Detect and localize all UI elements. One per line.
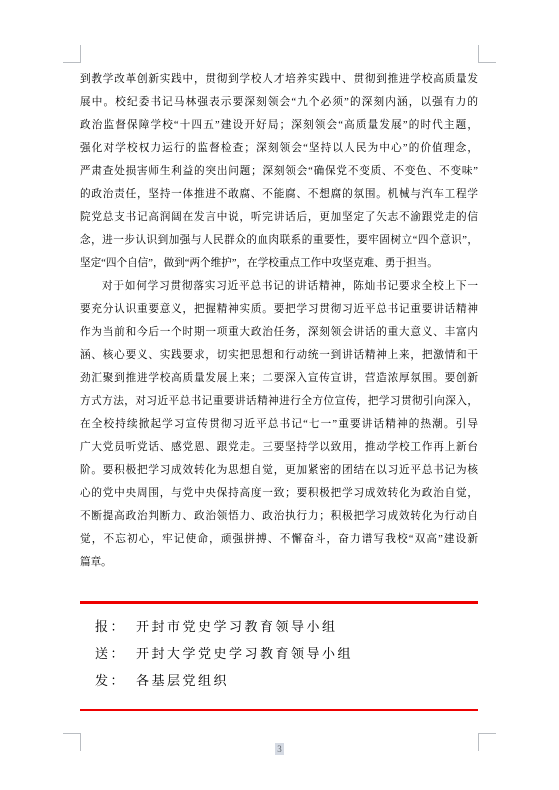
body-line: 广大党员听党话、感党恩、跟党走。三要坚持学以致用，推动学校工作再上新台 bbox=[80, 436, 478, 459]
body-line: 心的党中央周围，与党中央保持高度一致；要积极把学习成效转化为政治自觉， bbox=[80, 482, 478, 505]
distribution-label: 送： bbox=[95, 646, 126, 661]
body-line: 阶。要积极把学习成效转化为思想自觉，更加紧密的团结在以习近平总书记为核 bbox=[80, 459, 478, 482]
body-line: 涵、核心要义、实践要求，切实把思想和行动统一到讲话精神上来，把激情和干 bbox=[80, 344, 478, 367]
page-footer: 3 bbox=[0, 739, 559, 757]
distribution-row-issue: 发：各基层党组织 bbox=[95, 667, 478, 694]
body-line: 篇章。 bbox=[80, 551, 478, 574]
page-number: 3 bbox=[275, 743, 284, 755]
distribution-label: 报： bbox=[95, 619, 126, 634]
body-line: 不断提高政治判断力、政治领悟力、政治执行力；积极把学习成效转化为行动自 bbox=[80, 505, 478, 528]
distribution-value: 开封市党史学习教育领导小组 bbox=[136, 619, 338, 634]
body-line-paragraph-start: 对于如何学习贯彻落实习近平总书记的讲话精神，陈灿书记要求全校上下一 bbox=[80, 275, 478, 298]
body-line: 的政治责任，坚持一体推进不敢腐、不能腐、不想腐的氛围。机械与汽车工程学 bbox=[80, 183, 478, 206]
document-page: 到教学改革创新实践中，贯彻到学校人才培养实践中、贯彻到推进学校高质量发 展中。校… bbox=[0, 0, 559, 790]
distribution-row-send: 送：开封大学党史学习教育领导小组 bbox=[95, 640, 478, 667]
separator-line-bottom bbox=[80, 709, 478, 711]
body-line: 政治监督保障学校“十四五”建设开好局；深刻领会“高质量发展”的时代主题， bbox=[80, 114, 478, 137]
body-line: 严肃查处损害师生利益的突出问题；深刻领会“确保党不变质、不变色、不变味” bbox=[80, 160, 478, 183]
body-line: 劲汇聚到推进学校高质量发展上来；二要深入宣传宣讲，营造浓厚氛围。要创新 bbox=[80, 367, 478, 390]
distribution-block: 报：开封市党史学习教育领导小组 送：开封大学党史学习教育领导小组 发：各基层党组… bbox=[95, 613, 478, 694]
body-line: 方式方法，对习近平总书记重要讲话精神进行全方位宣传，把学习贯彻引向深入， bbox=[80, 390, 478, 413]
body-line: 在全校持续掀起学习宣传贯彻习近平总书记“七一”重要讲话精神的热潮。引导 bbox=[80, 413, 478, 436]
body-line: 强化对学校权力运行的监督检查；深刻领会“坚持以人民为中心”的价值理念， bbox=[80, 137, 478, 160]
body-line: 念，进一步认识到加强与人民群众的血肉联系的重要性，要牢固树立“四个意识”， bbox=[80, 229, 478, 252]
body-line: 展中。校纪委书记马林强表示要深刻领会“九个必须”的深刻内涵，以强有力的 bbox=[80, 91, 478, 114]
separator-line-top bbox=[80, 601, 478, 604]
distribution-row-report: 报：开封市党史学习教育领导小组 bbox=[95, 613, 478, 640]
crop-mark-top-left bbox=[63, 45, 81, 63]
body-line: 坚定“四个自信”，做到“两个维护”，在学校重点工作中攻坚克难、勇于担当。 bbox=[80, 252, 478, 275]
distribution-label: 发： bbox=[95, 673, 126, 688]
body-line: 觉，不忘初心，牢记使命，顽强拼搏、不懈奋斗，奋力谱写我校“双高”建设新 bbox=[80, 528, 478, 551]
body-line: 到教学改革创新实践中，贯彻到学校人才培养实践中、贯彻到推进学校高质量发 bbox=[80, 68, 478, 91]
document-body: 到教学改革创新实践中，贯彻到学校人才培养实践中、贯彻到推进学校高质量发 展中。校… bbox=[80, 68, 478, 574]
body-line: 要充分认识重要意义，把握精神实质。要把学习贯彻习近平总书记重要讲话精神 bbox=[80, 298, 478, 321]
body-line: 院党总支书记高润阔在发言中说，听完讲话后，更加坚定了矢志不渝跟党走的信 bbox=[80, 206, 478, 229]
crop-mark-top-right bbox=[478, 45, 496, 63]
distribution-value: 各基层党组织 bbox=[136, 673, 229, 688]
distribution-value: 开封大学党史学习教育领导小组 bbox=[136, 646, 353, 661]
body-line: 作为当前和今后一个时期一项重大政治任务，深刻领会讲话的重大意义、丰富内 bbox=[80, 321, 478, 344]
